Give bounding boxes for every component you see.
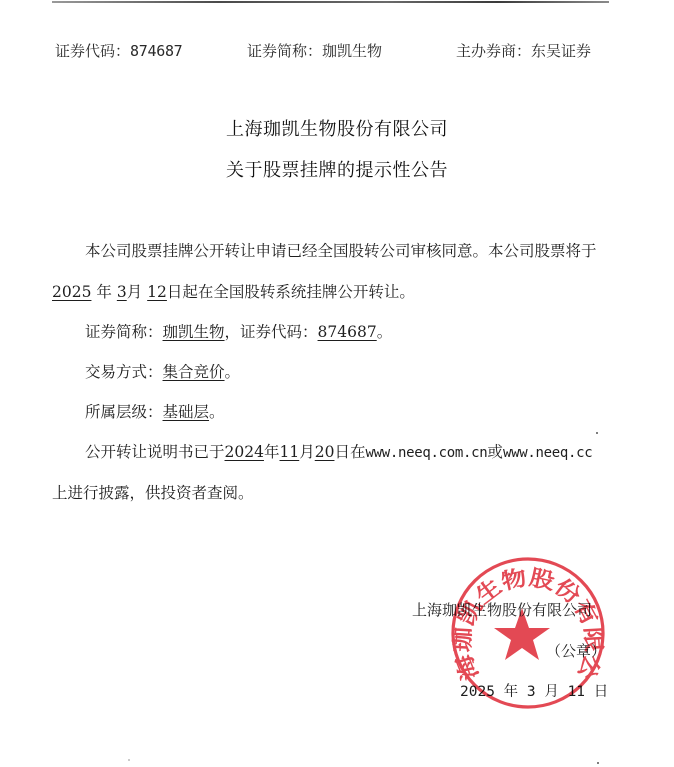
short-name-value: 珈凯生物 (163, 323, 225, 341)
code-label: ，证券代码： (225, 323, 318, 341)
security-code-label: 证券代码： (55, 42, 130, 60)
code-value: 874687 (318, 323, 377, 341)
neeq-url-cc[interactable]: www.neeq.cc (503, 445, 592, 461)
paragraph-1-line-2: 2025 年 3月 12日起在全国股转系统挂牌公开转让。 (52, 281, 612, 303)
year-unit: 年 (96, 283, 112, 301)
listing-month: 3 (117, 283, 127, 301)
disclosure-year: 2024 (225, 443, 264, 461)
listing-year: 2025 (52, 283, 91, 301)
announcement-title: 关于股票挂牌的提示性公告 (0, 159, 674, 183)
scan-speck (596, 432, 598, 434)
sponsor-broker: 主办券商：东吴证券 (456, 40, 591, 62)
paragraph-1-line-1: 本公司股票挂牌公开转让申请已经全国股转公司审核同意。本公司股票将于 (52, 240, 645, 262)
month-unit: 月 (127, 283, 143, 301)
neeq-url-cn[interactable]: www.neeq.com.cn (365, 445, 487, 461)
disclosure-month: 11 (279, 443, 299, 461)
top-rule (52, 1, 609, 3)
document-header: 证券代码：874687 证券简称：珈凯生物 主办券商：东吴证券 (55, 40, 615, 62)
or-text: 或 (487, 443, 503, 461)
tier-value: 基础层 (163, 403, 210, 421)
disclosure-day: 20 (315, 443, 335, 461)
listing-day: 12 (147, 283, 167, 301)
paragraph-tier: 所属层级：基础层。 (52, 401, 645, 423)
paragraph-disclosure-line-1: 公开转让说明书已于2024年11月20日在www.neeq.com.cn或www… (52, 441, 645, 464)
short-name-value: 珈凯生物 (322, 42, 382, 60)
month-unit: 月 (299, 443, 315, 461)
security-short-name: 证券简称：珈凯生物 (247, 40, 382, 62)
year-unit: 年 (264, 443, 280, 461)
scan-speck (128, 759, 130, 761)
sponsor-value: 东吴证券 (531, 42, 591, 60)
paragraph-trading-method: 交易方式：集合竞价。 (52, 361, 645, 383)
disclosure-prefix: 公开转让说明书已于 (85, 443, 225, 461)
period: 。 (209, 403, 225, 421)
short-name-label: 证券简称： (85, 323, 163, 341)
short-name-label: 证券简称： (247, 42, 322, 60)
security-code-value: 874687 (130, 42, 182, 60)
star-icon (494, 608, 550, 660)
paragraph-disclosure-line-2: 上进行披露，供投资者查阅。 (52, 482, 612, 504)
sponsor-label: 主办券商： (456, 42, 531, 60)
paragraph-security-info: 证券简称：珈凯生物，证券代码：874687。 (52, 321, 645, 343)
scan-speck (597, 762, 599, 764)
trading-method-value: 集合竞价 (163, 363, 225, 381)
period: 。 (225, 363, 241, 381)
company-title: 上海珈凯生物股份有限公司 (0, 118, 674, 142)
security-code: 证券代码：874687 (55, 40, 182, 62)
seal-text: 上海珈凯生物股份有限公司 (450, 556, 606, 684)
day-unit: 日在 (334, 443, 365, 461)
tier-label: 所属层级： (85, 403, 163, 421)
company-seal: 上海珈凯生物股份有限公司 (450, 556, 606, 710)
listing-rest: 日起在全国股转系统挂牌公开转让。 (167, 283, 415, 301)
period: 。 (377, 323, 393, 341)
trading-method-label: 交易方式： (85, 363, 163, 381)
